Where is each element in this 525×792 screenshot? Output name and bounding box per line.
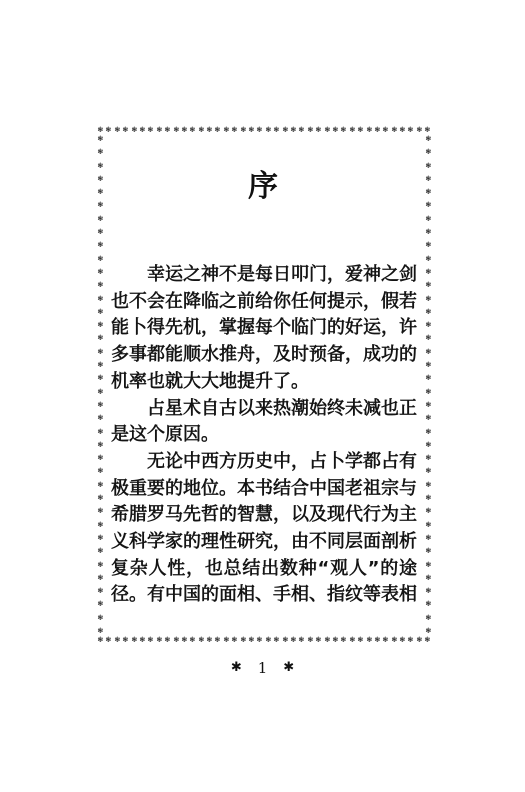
paragraph: 幸运之神不是每日叩门，爱神之剑也不会在降临之前给你任何提示，假若能卜得先机，掌握… [111,262,417,396]
ornamental-frame: ❃❃❃❃❃❃❃❃❃❃❃❃❃❃❃❃❃❃❃❃❃❃❃❃❃❃❃❃❃❃❃❃❃❃❃❃❃❃❃❃… [95,126,433,644]
border-ornament-top: ❃❃❃❃❃❃❃❃❃❃❃❃❃❃❃❃❃❃❃❃❃❃❃❃❃❃❃❃❃❃❃❃❃❃❃❃❃❃❃❃ [97,126,431,134]
page-title: 序 [95,126,433,202]
page-number-footer: ✱ 1 ✱ [0,660,525,676]
preface-text-block: 幸运之神不是每日叩门，爱神之剑也不会在降临之前给你任何提示，假若能卜得先机，掌握… [111,262,417,609]
paragraph: 占星术自古以来热潮始终未减也正是这个原因。 [111,396,417,449]
paragraph: 无论中西方历史中，占卜学都占有极重要的地位。本书结合中国老祖宗与希腊罗马先哲的智… [111,449,417,609]
asterisk-marker-left: ✱ [231,660,242,676]
page-number: 1 [258,660,268,676]
border-ornament-bottom: ❃❃❃❃❃❃❃❃❃❃❃❃❃❃❃❃❃❃❃❃❃❃❃❃❃❃❃❃❃❃❃❃❃❃❃❃❃❃❃❃ [97,636,431,644]
border-ornament-left: ❃❃❃❃❃❃❃❃❃❃❃❃❃❃❃❃❃❃❃❃❃❃❃❃❃❃❃❃❃❃❃❃❃❃❃❃❃❃ [95,135,105,635]
asterisk-marker-right: ✱ [283,660,294,676]
border-ornament-right: ❃❃❃❃❃❃❃❃❃❃❃❃❃❃❃❃❃❃❃❃❃❃❃❃❃❃❃❃❃❃❃❃❃❃❃❃❃❃ [423,135,433,635]
